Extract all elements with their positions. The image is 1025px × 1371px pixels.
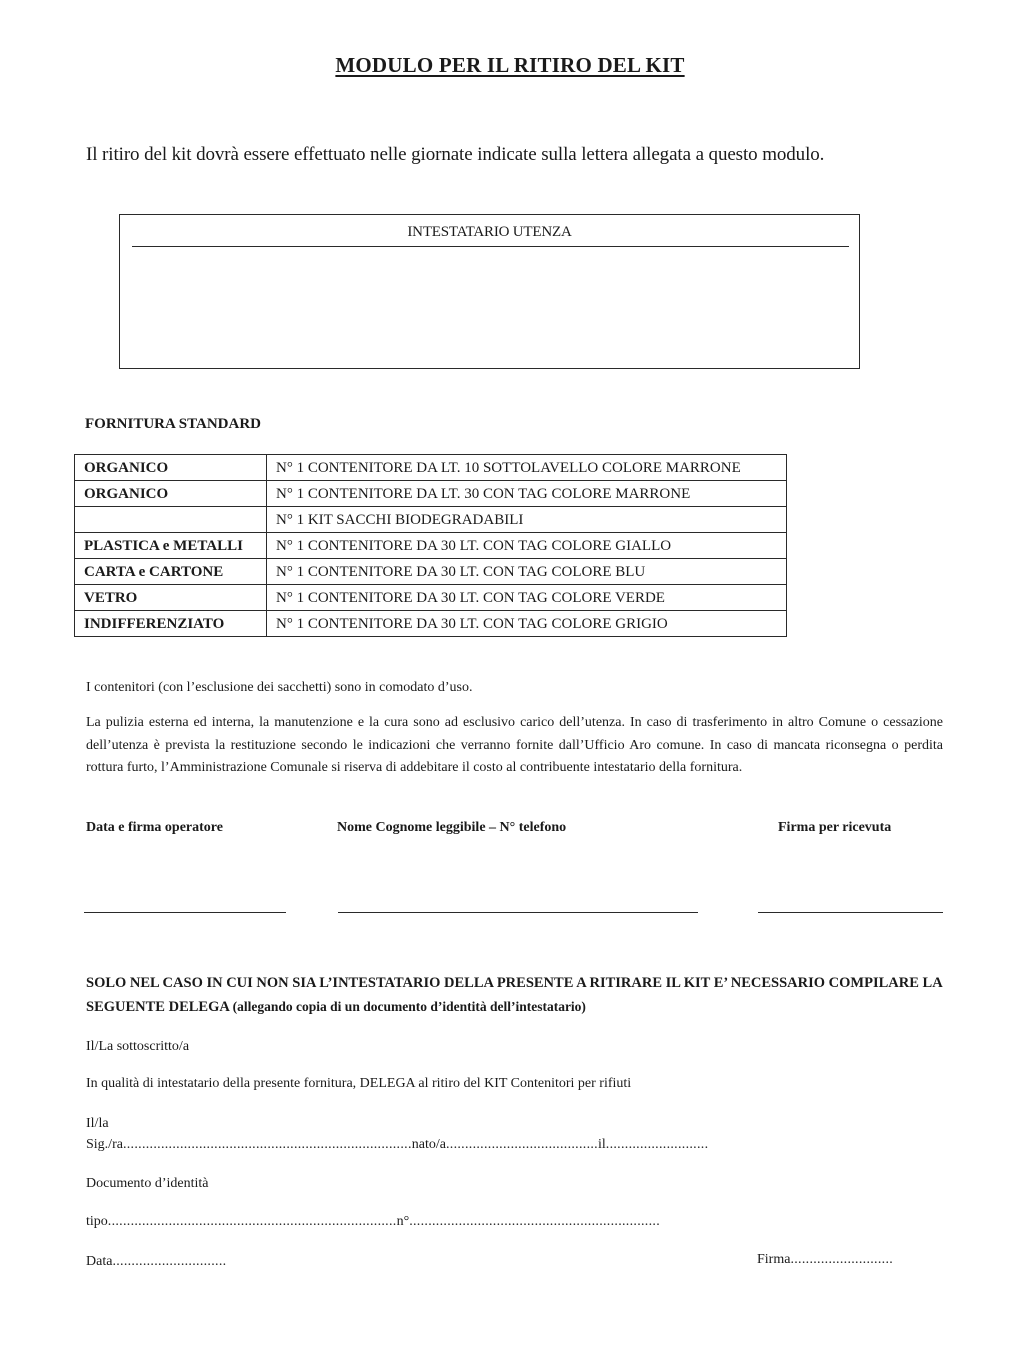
- terms-paragraph: La pulizia esterna ed interna, la manute…: [86, 712, 943, 780]
- supply-table: ORGANICO N° 1 CONTENITORE DA LT. 10 SOTT…: [74, 454, 787, 637]
- description-cell: N° 1 CONTENITORE DA LT. 30 CON TAG COLOR…: [267, 481, 787, 507]
- sig-ra-label: Sig./ra: [86, 1137, 123, 1152]
- table-row: ORGANICO N° 1 CONTENITORE DA LT. 10 SOTT…: [75, 455, 787, 481]
- delegates-text: In qualità di intestatario della present…: [86, 1076, 631, 1092]
- birthplace-field[interactable]: ........................................: [446, 1137, 598, 1152]
- description-cell: N° 1 CONTENITORE DA LT. 10 SOTTOLAVELLO …: [267, 455, 787, 481]
- table-row: CARTA e CARTONE N° 1 CONTENITORE DA 30 L…: [75, 559, 787, 585]
- undersigned-label: Il/La sottoscritto/a: [86, 1039, 189, 1055]
- document-type-field[interactable]: ........................................…: [108, 1214, 397, 1229]
- signature-field[interactable]: ...........................: [790, 1252, 893, 1267]
- receipt-signature-line[interactable]: [758, 912, 943, 913]
- table-row: N° 1 KIT SACCHI BIODEGRADABILI: [75, 507, 787, 533]
- loan-paragraph: I contenitori (con l’esclusione dei sacc…: [86, 677, 472, 700]
- description-cell: N° 1 CONTENITORE DA 30 LT. CON TAG COLOR…: [267, 533, 787, 559]
- table-row: ORGANICO N° 1 CONTENITORE DA LT. 30 CON …: [75, 481, 787, 507]
- description-cell: N° 1 CONTENITORE DA 30 LT. CON TAG COLOR…: [267, 559, 787, 585]
- name-phone-label: Nome Cognome leggibile – N° telefono: [337, 820, 566, 836]
- signature-line: Firma...........................: [757, 1252, 893, 1268]
- divider: [132, 246, 849, 247]
- operator-signature-line[interactable]: [84, 912, 286, 913]
- id-document-label: Documento d’identità: [86, 1176, 208, 1192]
- table-row: PLASTICA e METALLI N° 1 CONTENITORE DA 3…: [75, 533, 787, 559]
- account-holder-field[interactable]: [132, 251, 849, 362]
- description-cell: N° 1 CONTENITORE DA 30 LT. CON TAG COLOR…: [267, 585, 787, 611]
- document-title: MODULO PER IL RITIRO DEL KIT: [0, 53, 1020, 78]
- id-document-line: tipo....................................…: [86, 1214, 660, 1230]
- supply-heading: FORNITURA STANDARD: [85, 416, 261, 433]
- delegate-name-field[interactable]: ........................................…: [123, 1137, 412, 1152]
- number-label: n°: [397, 1214, 410, 1229]
- type-label: tipo: [86, 1214, 108, 1229]
- description-cell: N° 1 KIT SACCHI BIODEGRADABILI: [267, 507, 787, 533]
- account-holder-label: INTESTATARIO UTENZA: [120, 224, 859, 241]
- signature-label: Firma: [757, 1252, 790, 1267]
- delegate-identity-line: Sig./ra.................................…: [86, 1137, 708, 1153]
- delegation-notice-sub: (allegando copia di un documento d’ident…: [233, 999, 586, 1014]
- account-holder-box: INTESTATARIO UTENZA: [119, 214, 860, 369]
- document-number-field[interactable]: ........................................…: [409, 1214, 660, 1229]
- operator-signature-label: Data e firma operatore: [86, 820, 223, 836]
- category-cell: ORGANICO: [75, 455, 267, 481]
- table-row: VETRO N° 1 CONTENITORE DA 30 LT. CON TAG…: [75, 585, 787, 611]
- intro-text: Il ritiro del kit dovrà essere effettuat…: [86, 144, 824, 166]
- category-cell: INDIFFERENZIATO: [75, 611, 267, 637]
- category-cell: [75, 507, 267, 533]
- category-cell: ORGANICO: [75, 481, 267, 507]
- il-la-label: Il/la: [86, 1116, 109, 1132]
- on-label: il: [598, 1137, 606, 1152]
- table-row: INDIFFERENZIATO N° 1 CONTENITORE DA 30 L…: [75, 611, 787, 637]
- name-phone-line[interactable]: [338, 912, 698, 913]
- date-label: Data: [86, 1254, 112, 1269]
- description-cell: N° 1 CONTENITORE DA 30 LT. CON TAG COLOR…: [267, 611, 787, 637]
- born-label: nato/a: [412, 1137, 446, 1152]
- delegation-notice: SOLO NEL CASO IN CUI NON SIA L’INTESTATA…: [86, 972, 946, 1019]
- category-cell: VETRO: [75, 585, 267, 611]
- category-cell: CARTA e CARTONE: [75, 559, 267, 585]
- birthdate-field[interactable]: ...........................: [606, 1137, 709, 1152]
- receipt-signature-label: Firma per ricevuta: [778, 820, 891, 836]
- date-field[interactable]: ..............................: [112, 1254, 226, 1269]
- date-line: Data..............................: [86, 1254, 226, 1270]
- category-cell: PLASTICA e METALLI: [75, 533, 267, 559]
